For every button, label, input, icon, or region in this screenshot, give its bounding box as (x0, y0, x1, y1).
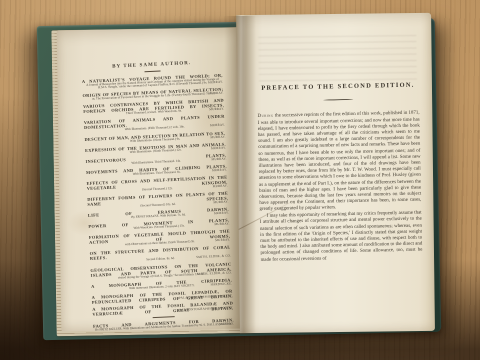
left-page: BY THE SAME AUTHOR. A NATURALIST'S VOYAG… (57, 28, 243, 332)
entry-publisher: MURRAY. (210, 124, 225, 128)
paragraph-text: the successive reprints of the first edi… (258, 111, 422, 212)
ink-showthrough (258, 35, 417, 85)
entry-publisher: MURRAY. (219, 322, 234, 326)
entry-publisher: MURRAY. (208, 81, 223, 85)
entry-publisher: PALÆONTOGRAPHICAL SOCIETY. (179, 294, 233, 300)
entry-publisher: MURRAY. (213, 201, 228, 205)
entry-detail: With Illustrations. (Ninth Thousand.) 9s… (130, 136, 180, 142)
entry-publisher: MURRAY. (211, 157, 226, 161)
entry-detail: (Second Thousand.) 12s. (142, 186, 173, 191)
list-divider-rule (152, 316, 174, 318)
entry-publisher: SMITH, ELDER, & CO. (197, 271, 232, 276)
book-photo-scene: BY THE SAME AUTHOR. A NATURALIST'S VOYAG… (0, 0, 480, 360)
entry-publisher: PALÆONTOGRAPHICAL SOCIETY. (179, 307, 233, 313)
right-page: PREFACE TO THE SECOND EDITION. During th… (236, 13, 435, 333)
swelled-rule (323, 99, 353, 101)
entry-detail: With Illustrations. Third Thousand. 14s. (131, 158, 181, 164)
entry-publisher: MURRAY. (212, 168, 227, 172)
entry-detail: (Second Thousand.) 10s. 6d. (140, 202, 176, 208)
entry-detail: Second Edition. 8s. 6d. (146, 256, 175, 261)
right-page-content: PREFACE TO THE SECOND EDITION. During th… (257, 82, 423, 264)
entry-detail: With Woodcuts. (Second Thousand.) 15s. (133, 224, 184, 230)
entry-detail: With Illustrations. Third Thousand. 6s. (133, 170, 181, 176)
entry-publisher: MURRAY. (213, 184, 228, 188)
preface-paragraph-1: During the successive reprints of the fi… (258, 111, 422, 214)
lead-word: During (258, 114, 274, 119)
author-works-list: A NATURALIST'S VOYAGE ROUND THE WORLD; O… (82, 72, 234, 317)
entry-publisher: HARDWICKE. (210, 282, 232, 287)
entry-publisher: MURRAY. (214, 212, 229, 216)
preface-paragraph-2: I may take this opportunity of remarking… (260, 211, 423, 264)
entry-publisher: MURRAY. (208, 92, 223, 96)
entry-publisher: MURRAY. (214, 223, 229, 227)
entry-publisher: SMITH, ELDER, & CO. (196, 255, 231, 260)
entry-publisher: MURRAY. (209, 108, 224, 112)
entry-publisher: MURRAY. (210, 135, 225, 139)
entry-publisher: MURRAY. (211, 146, 226, 150)
entry-publisher: MURRAY. (215, 239, 230, 243)
heading-rule (144, 70, 160, 72)
left-page-content: BY THE SAME AUTHOR. A NATURALIST'S VOYAG… (81, 60, 235, 332)
